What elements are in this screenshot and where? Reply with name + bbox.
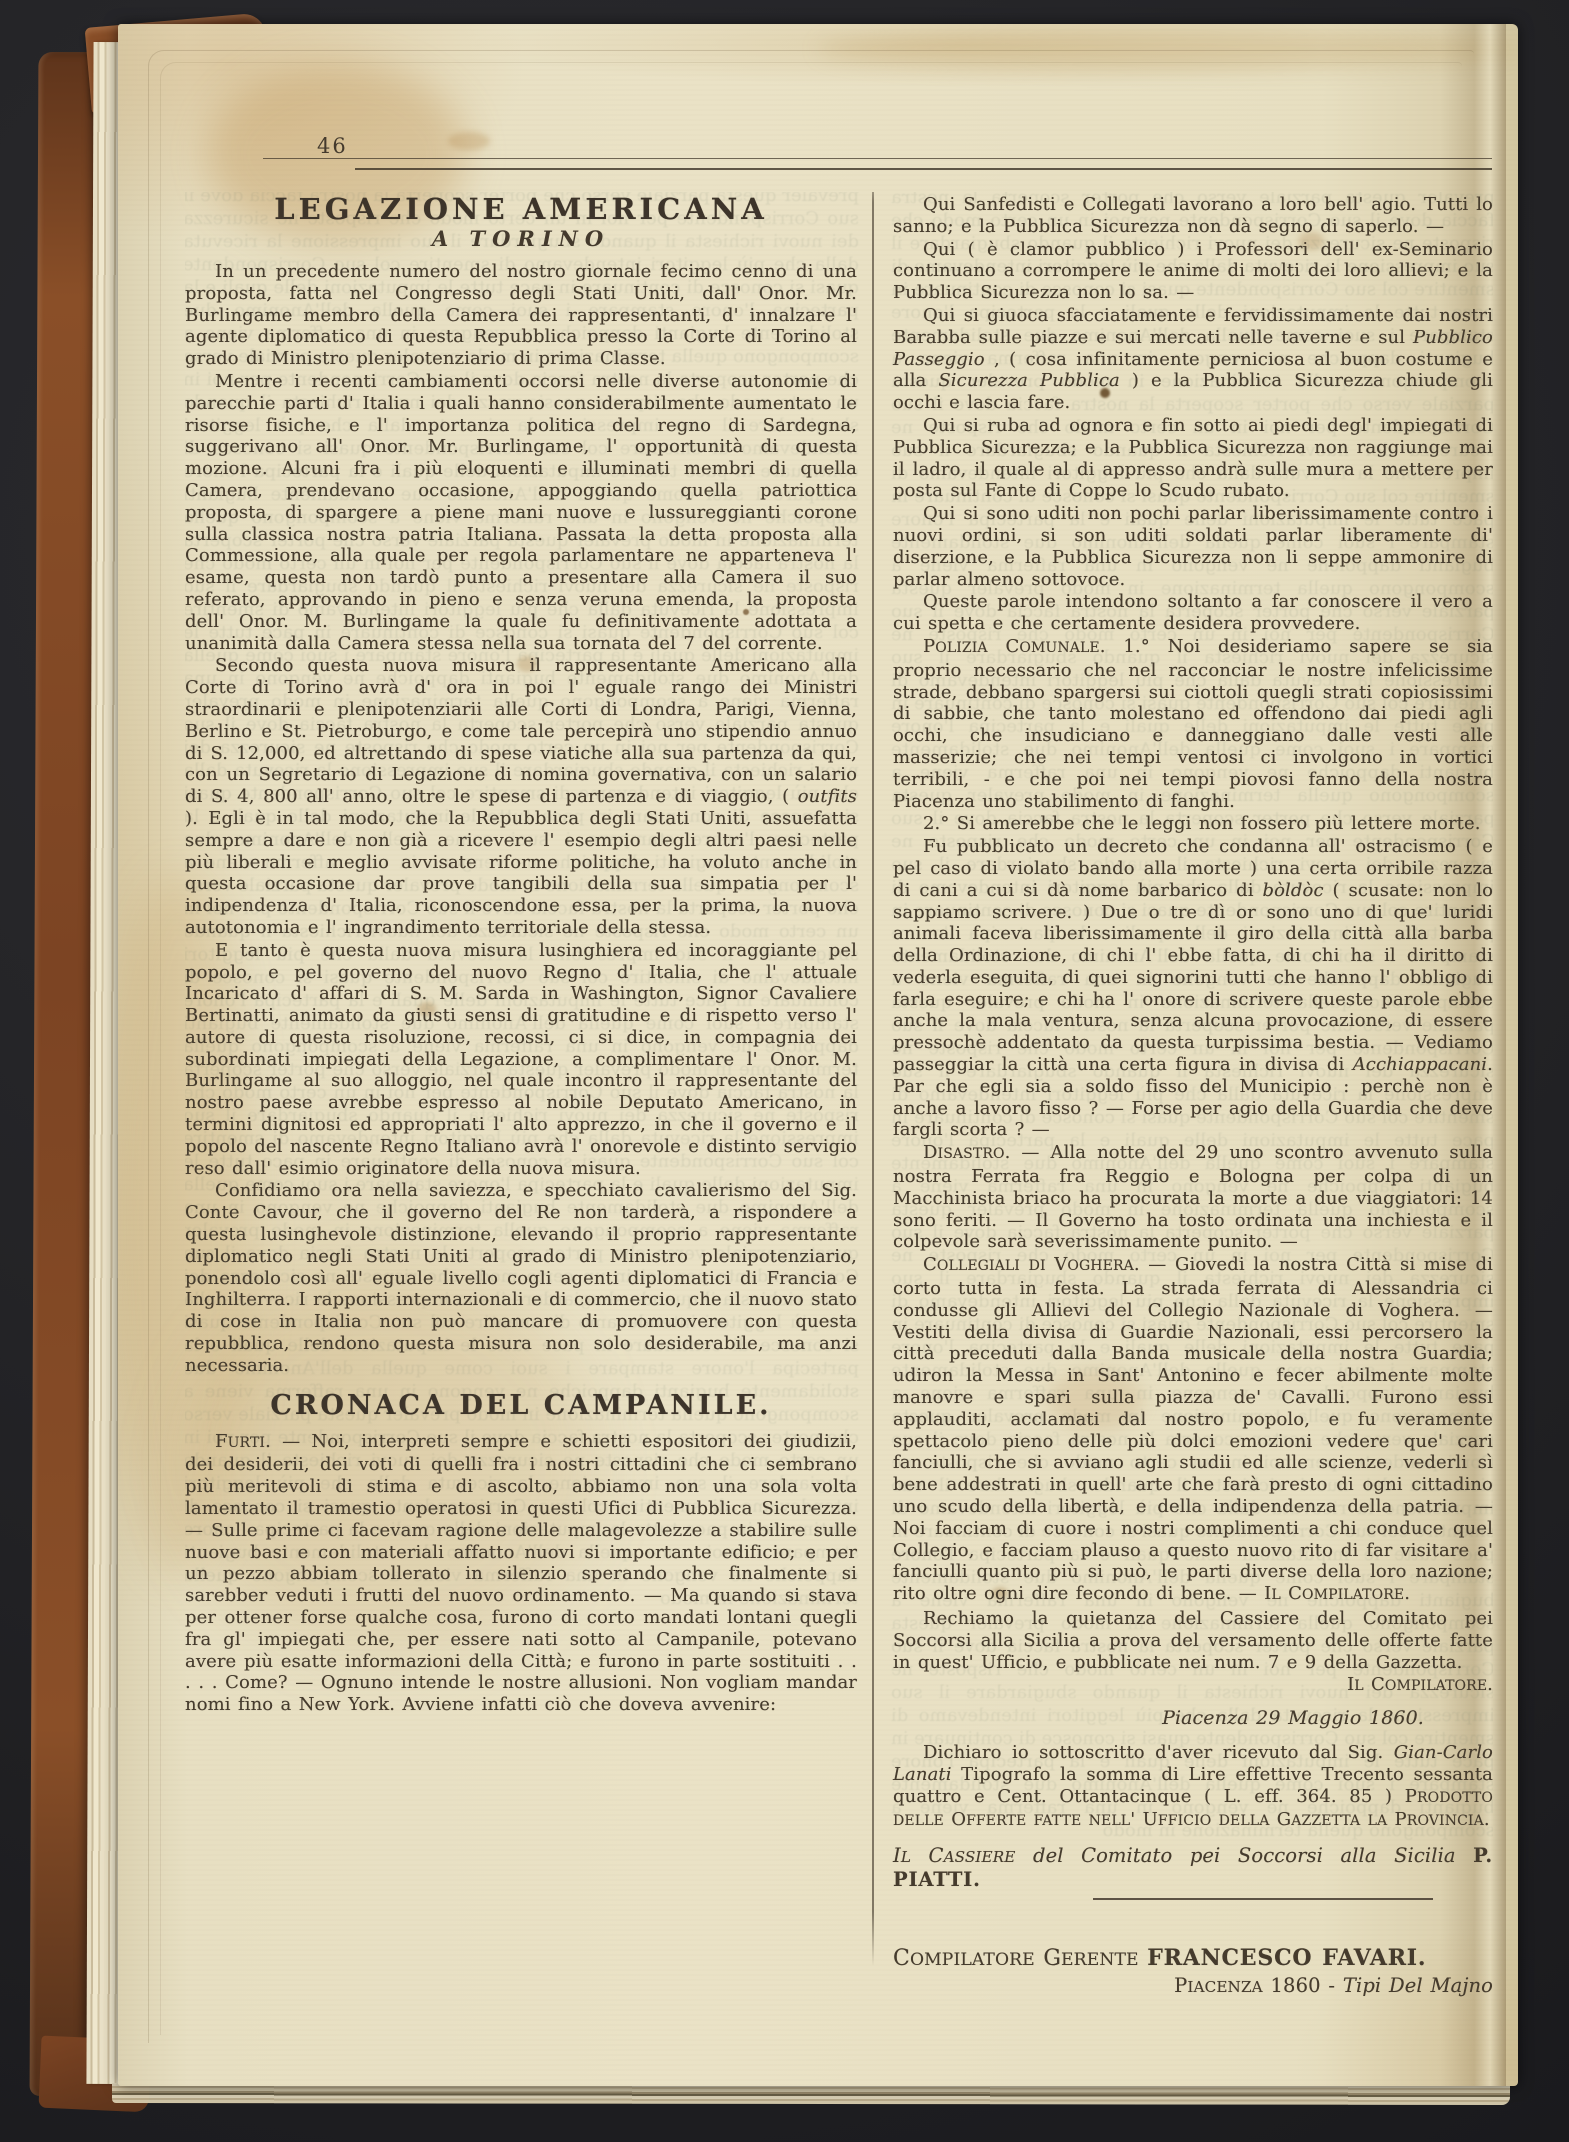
article-title: LEGAZIONE AMERICANA bbox=[185, 192, 857, 226]
paragraph: Qui si ruba ad ognora e fin sotto ai pie… bbox=[893, 415, 1493, 502]
paragraph: Confidiamo ora nella saviezza, e specchi… bbox=[185, 1180, 857, 1376]
newspaper-page: 46 prevaler questa parziale verso che po… bbox=[118, 24, 1518, 2086]
paragraph: In un precedente numero del nostro giorn… bbox=[185, 261, 857, 370]
header-rule-thick bbox=[355, 168, 1492, 170]
section-title: CRONACA DEL CAMPANILE. bbox=[185, 1390, 857, 1422]
paragraph: Qui ( è clamor pubblico ) i Professori d… bbox=[893, 239, 1493, 304]
text-columns: prevaler questa parziale verso che porte… bbox=[185, 192, 1493, 2086]
stain bbox=[818, 28, 1518, 70]
page-stack-edge-bottom bbox=[112, 2083, 1510, 2105]
paragraph: IL COMPILATORE. bbox=[893, 1674, 1493, 1698]
column-divider bbox=[872, 192, 874, 1966]
header-rule-thin bbox=[263, 158, 1492, 159]
paragraph: DISASTRO. — Alla notte del 29 uno scontr… bbox=[893, 1142, 1493, 1253]
article-subtitle: A TORINO bbox=[185, 226, 857, 252]
paragraph: PIACENZA 1860 - Tipi Del Majno bbox=[893, 1975, 1493, 1999]
paragraph: IL CASSIERE del Comitato pei Soccorsi al… bbox=[893, 1845, 1493, 1900]
article-body: In un precedente numero del nostro giorn… bbox=[185, 261, 857, 1377]
paragraph: Piacenza 29 Maggio 1860. bbox=[893, 1708, 1493, 1730]
page-number: 46 bbox=[317, 134, 348, 158]
paragraph: Qui si giuoca sfacciatamente e fervidiss… bbox=[893, 305, 1493, 414]
paragraph: POLIZIA COMUNALE. 1.° Noi desideriamo sa… bbox=[893, 636, 1493, 812]
paragraph: E tanto è questa nuova misura lusinghier… bbox=[185, 940, 857, 1180]
paragraph: Rechiamo la quietanza del Cassiere del C… bbox=[893, 1608, 1493, 1673]
paragraph: Secondo questa nuova misura il rappresen… bbox=[185, 655, 857, 938]
paragraph: COMPILATORE GERENTE FRANCESCO FAVARI. bbox=[893, 1944, 1493, 1974]
stain bbox=[448, 132, 490, 150]
left-column: prevaler questa parziale verso che porte… bbox=[185, 192, 857, 1717]
paragraph: Queste parole intendono soltanto a far c… bbox=[893, 591, 1493, 635]
right-column: prevaler questa parziale verso che porte… bbox=[893, 194, 1493, 2000]
paragraph: FURTI. — Noi, interpreti sempre e schiet… bbox=[185, 1431, 857, 1716]
paragraph: Qui Sanfedisti e Collegati lavorano a lo… bbox=[893, 194, 1493, 238]
right-column-text: Qui Sanfedisti e Collegati lavorano a lo… bbox=[893, 194, 1493, 1999]
paragraph: Qui si sono uditi non pochi parlar liber… bbox=[893, 503, 1493, 590]
paragraph: 2.° Si amerebbe che le leggi non fossero… bbox=[893, 813, 1493, 835]
paragraph: Fu pubblicato un decreto che condanna al… bbox=[893, 836, 1493, 1141]
paragraph: COLLEGIALI DI VOGHERA. — Giovedi la nost… bbox=[893, 1254, 1493, 1607]
section-body: FURTI. — Noi, interpreti sempre e schiet… bbox=[185, 1431, 857, 1716]
book-scan: 46 prevaler questa parziale verso che po… bbox=[0, 0, 1569, 2142]
paragraph: Dichiaro io sottoscritto d'aver ricevuto… bbox=[893, 1742, 1493, 1833]
left-column-text: LEGAZIONE AMERICANA A TORINO In un prece… bbox=[185, 192, 857, 1716]
paragraph: Mentre i recenti cambiamenti occorsi nel… bbox=[185, 371, 857, 654]
